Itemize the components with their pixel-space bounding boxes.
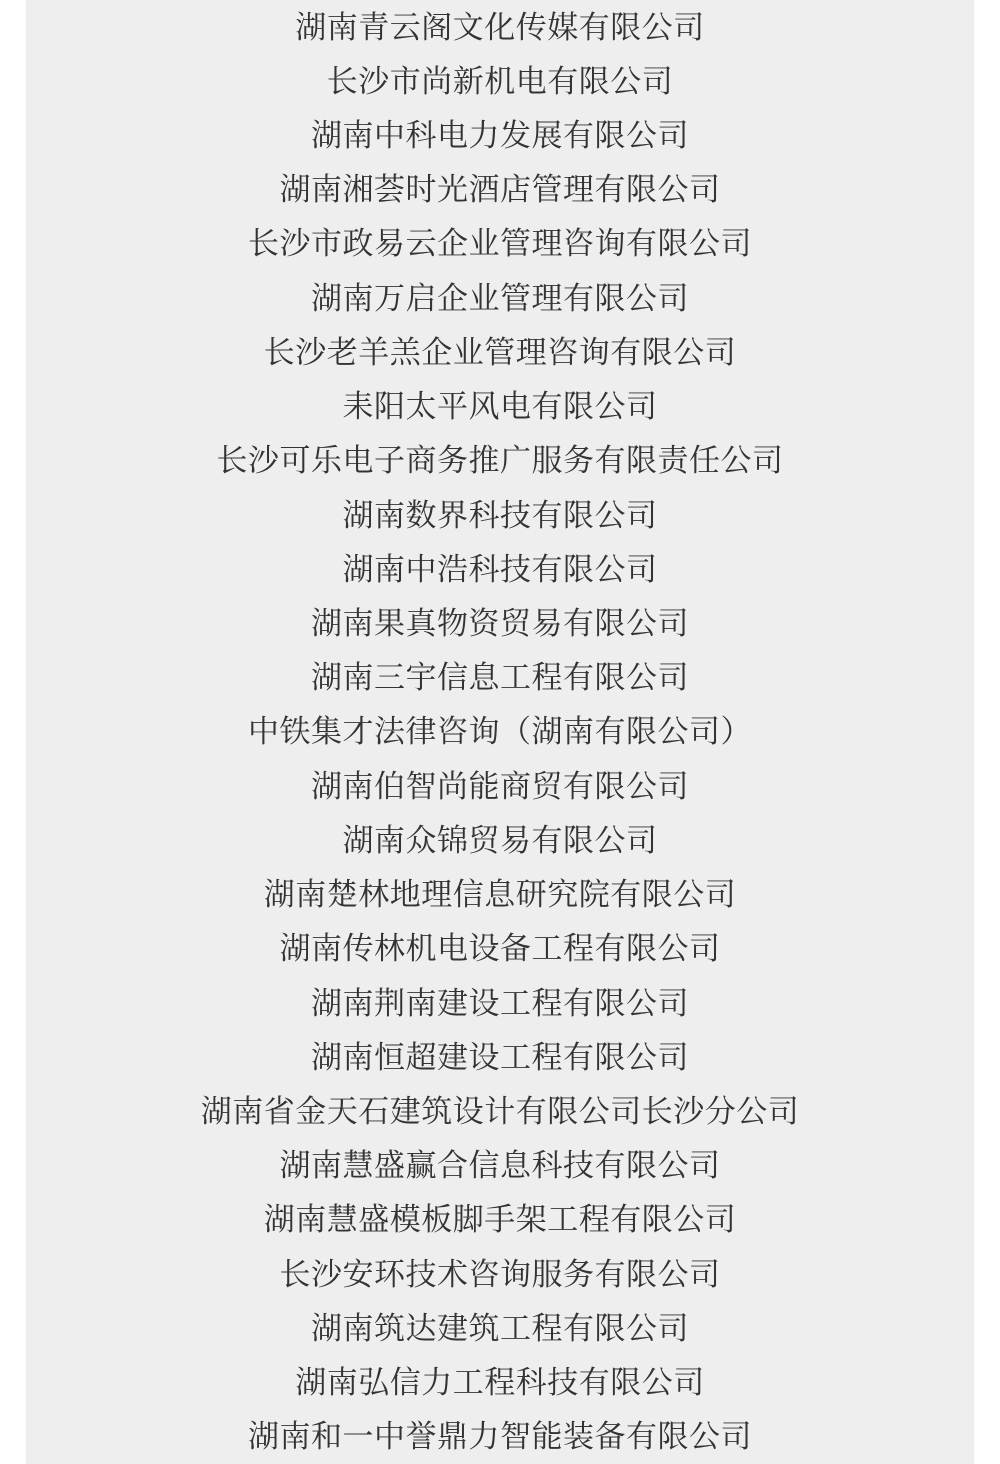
company-name: 湖南筑达建筑工程有限公司 <box>26 1301 974 1355</box>
company-name: 湖南楚林地理信息研究院有限公司 <box>26 868 974 922</box>
company-name: 湖南传林机电设备工程有限公司 <box>26 922 974 976</box>
company-name: 湖南万启企业管理有限公司 <box>26 271 974 325</box>
company-list: 湖南青云阁文化传媒有限公司长沙市尚新机电有限公司湖南中科电力发展有限公司湖南湘荟… <box>26 0 974 1464</box>
company-name: 湖南湘荟时光酒店管理有限公司 <box>26 163 974 217</box>
company-name: 长沙市尚新机电有限公司 <box>26 54 974 108</box>
company-name: 湖南荆南建设工程有限公司 <box>26 976 974 1030</box>
content-panel: 湖南青云阁文化传媒有限公司长沙市尚新机电有限公司湖南中科电力发展有限公司湖南湘荟… <box>26 0 974 1464</box>
company-name: 长沙老羊羔企业管理咨询有限公司 <box>26 325 974 379</box>
company-name: 湖南伯智尚能商贸有限公司 <box>26 759 974 813</box>
company-name: 湖南和一中誉鼎力智能装备有限公司 <box>26 1410 974 1464</box>
company-name: 湖南中浩科技有限公司 <box>26 542 974 596</box>
company-name: 长沙市政易云企业管理咨询有限公司 <box>26 217 974 271</box>
company-name: 湖南众锦贸易有限公司 <box>26 813 974 867</box>
company-name: 耒阳太平风电有限公司 <box>26 380 974 434</box>
company-name: 长沙安环技术咨询服务有限公司 <box>26 1247 974 1301</box>
company-name: 湖南果真物资贸易有限公司 <box>26 596 974 650</box>
company-name: 湖南恒超建设工程有限公司 <box>26 1030 974 1084</box>
company-name: 湖南数界科技有限公司 <box>26 488 974 542</box>
company-name: 中铁集才法律咨询（湖南有限公司） <box>26 705 974 759</box>
company-name: 湖南弘信力工程科技有限公司 <box>26 1355 974 1409</box>
company-name: 湖南慧盛模板脚手架工程有限公司 <box>26 1193 974 1247</box>
company-name: 湖南青云阁文化传媒有限公司 <box>26 0 974 54</box>
company-name: 湖南慧盛赢合信息科技有限公司 <box>26 1139 974 1193</box>
company-name: 长沙可乐电子商务推广服务有限责任公司 <box>26 434 974 488</box>
company-name: 湖南三宇信息工程有限公司 <box>26 651 974 705</box>
company-name: 湖南中科电力发展有限公司 <box>26 108 974 162</box>
company-name: 湖南省金天石建筑设计有限公司长沙分公司 <box>26 1084 974 1138</box>
